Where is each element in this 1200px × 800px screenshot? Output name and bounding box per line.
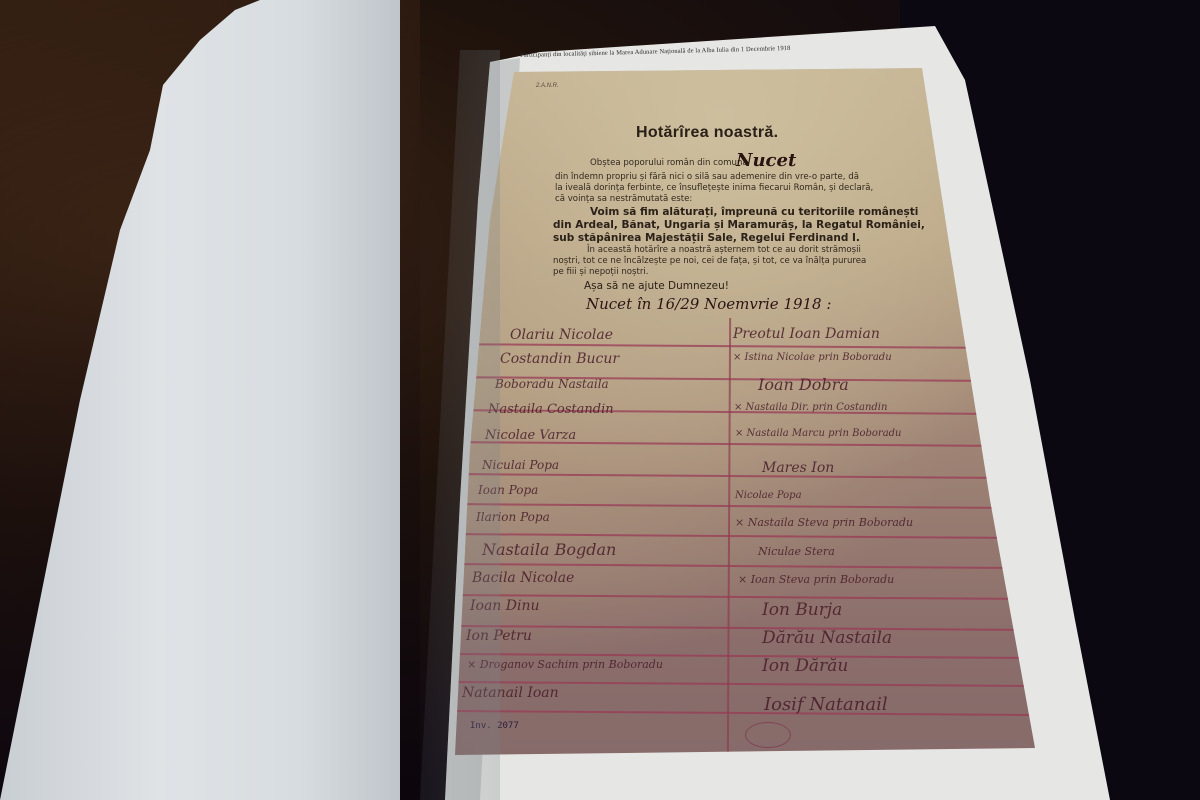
signature: × Ioan Steva prin Boboradu	[738, 573, 894, 586]
signature: Boboradu Nastaila	[495, 377, 609, 391]
signature: Preotul Ioan Damian	[733, 326, 880, 342]
ruled-line	[455, 533, 1010, 538]
ruled-line	[455, 503, 1005, 508]
signature: Nicolae Popa	[735, 490, 802, 501]
archive-stamp	[745, 722, 791, 748]
ruled-line	[455, 710, 1040, 716]
signature: × Nastaila Marcu prin Boboradu	[735, 428, 902, 439]
paragraph-1-line: din îndemn propriu și fără nici o silă s…	[555, 172, 859, 182]
paragraph-1-line: că voința sa nestrămutată este:	[555, 194, 692, 204]
signature: Ioan Dobra	[758, 375, 849, 394]
signature: Dărău Nastaila	[762, 628, 892, 648]
signature: Ion Dărău	[762, 656, 848, 676]
signature: Iosif Natanail	[764, 694, 888, 715]
paragraph-1-line: la iveală dorința ferbinte, ce însuflețe…	[555, 183, 873, 193]
column-divider	[727, 318, 731, 758]
signature: × Istina Nicolae prin Boboradu	[733, 352, 892, 363]
ruled-line	[455, 343, 975, 348]
ruled-line	[455, 625, 1025, 630]
dateline: Nucet în 16/29 Noemvrie 1918 :	[586, 295, 831, 313]
signature: Costandin Bucur	[500, 351, 619, 367]
signature: Nastaila Bogdan	[482, 540, 616, 559]
signature: Mares Ion	[762, 460, 834, 476]
paragraph-3-line: În această hotărîre a noastră așternem t…	[587, 245, 861, 255]
paragraph-3-line: noștri, tot ce ne încălzește pe noi, cei…	[553, 256, 866, 266]
commune-prefix: Obștea poporului român din comuna	[590, 158, 748, 168]
signature: Nastaila Costandin	[488, 402, 614, 417]
document-title: Hotărîrea noastră.	[636, 124, 778, 142]
signature: Olariu Nicolae	[510, 327, 613, 343]
signature: × Nastaila Dir. prin Costandin	[734, 402, 887, 413]
ruled-line	[455, 563, 1015, 568]
corner-mark: 2.A.N.R.	[536, 83, 559, 89]
closing-line: Așa să ne ajute Dumnezeu!	[584, 280, 729, 292]
paragraph-2-line: din Ardeal, Bănat, Ungaria și Maramurăș,…	[553, 219, 925, 231]
signature: Niculae Stera	[758, 545, 835, 558]
paragraph-3-line: pe fiii și nepoții noștri.	[553, 267, 649, 277]
paragraph-2-line: sub stăpânirea Majestății Sale, Regelui …	[553, 232, 860, 244]
paragraph-2-line: Voim să fim alăturați, împreună cu terit…	[590, 206, 918, 218]
commune-name: Nucet	[736, 150, 796, 171]
signature: × Nastaila Steva prin Boboradu	[735, 516, 913, 529]
signature: Ion Burja	[762, 600, 842, 620]
